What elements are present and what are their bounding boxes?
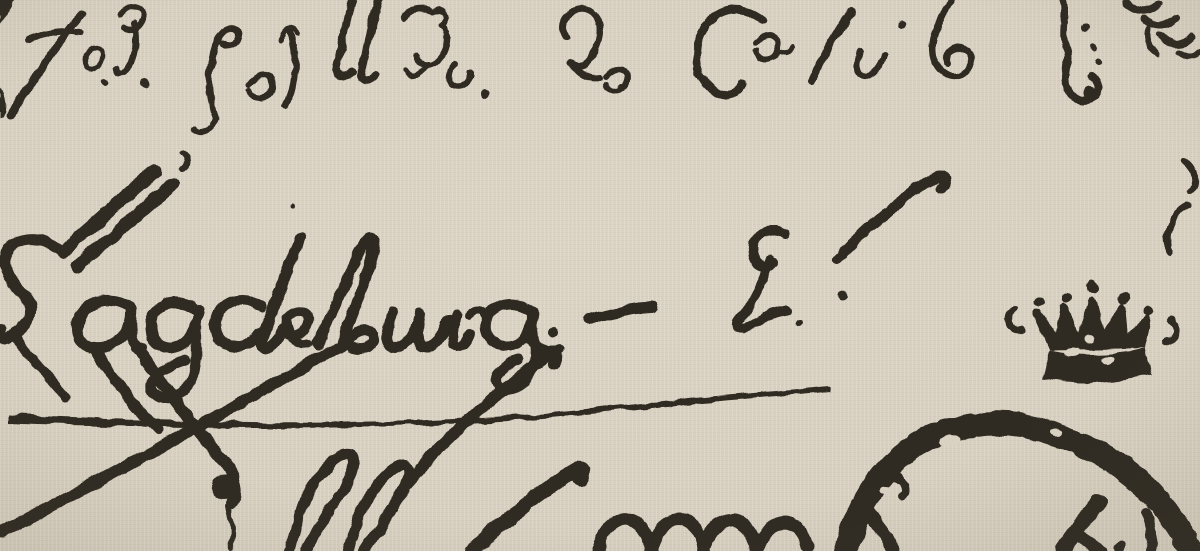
linen-handwriting-photo [0, 0, 1200, 551]
photo-vignette [0, 0, 1200, 551]
handwriting-scene [0, 0, 1200, 551]
